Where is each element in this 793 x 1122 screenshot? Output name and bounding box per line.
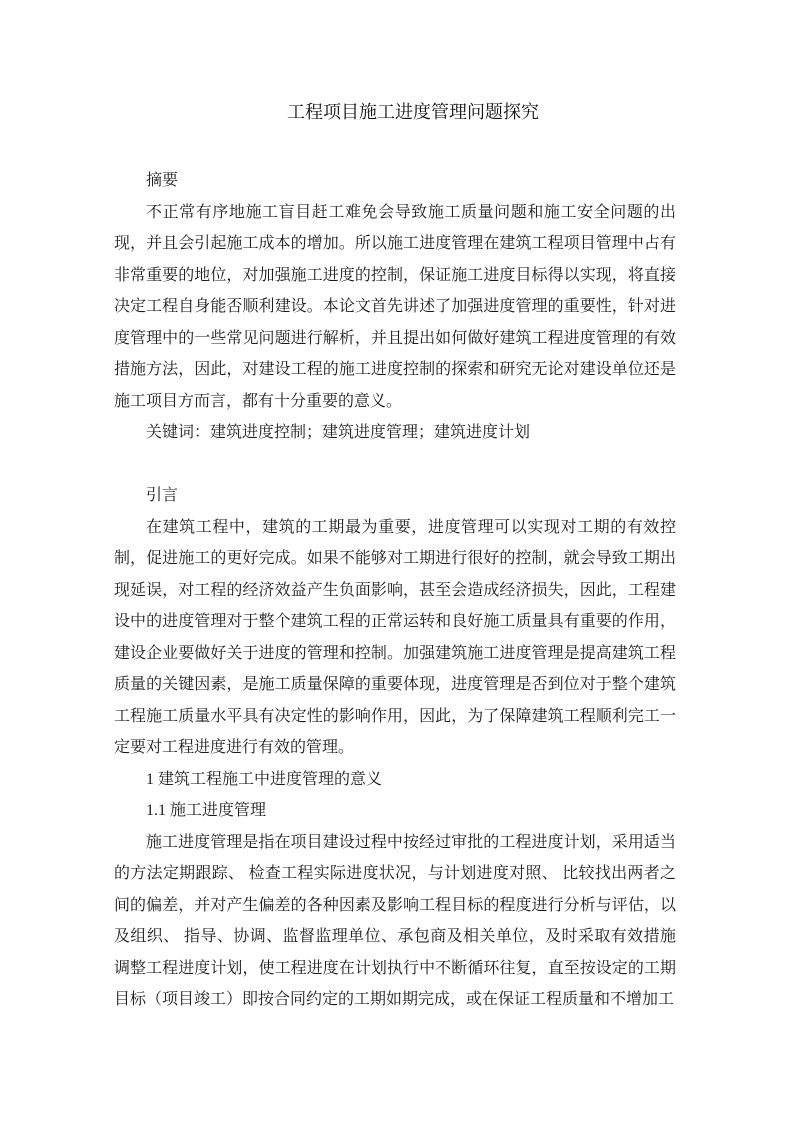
section-1-heading: 1 建筑工程施工中进度管理的意义 <box>114 764 676 796</box>
section-1-1-paragraph: 施工进度管理是指在项目建设过程中按经过审批的工程进度计划，采用适当的方法定期跟踪… <box>114 827 676 1016</box>
keywords-line: 关键词：建筑进度控制；建筑进度管理；建筑进度计划 <box>114 417 676 449</box>
abstract-paragraph: 不正常有序地施工盲目赶工难免会导致施工质量问题和施工安全问题的出现，并且会引起施… <box>114 197 676 418</box>
document-title: 工程项目施工进度管理问题探究 <box>114 92 676 132</box>
section-1-1-heading: 1.1 施工进度管理 <box>114 795 676 827</box>
abstract-heading: 摘要 <box>114 165 676 197</box>
introduction-heading: 引言 <box>114 480 676 512</box>
document-page: 工程项目施工进度管理问题探究 摘要 不正常有序地施工盲目赶工难免会导致施工质量问… <box>0 0 793 1122</box>
introduction-paragraph: 在建筑工程中，建筑的工期最为重要，进度管理可以实现对工期的有效控制，促进施工的更… <box>114 512 676 764</box>
